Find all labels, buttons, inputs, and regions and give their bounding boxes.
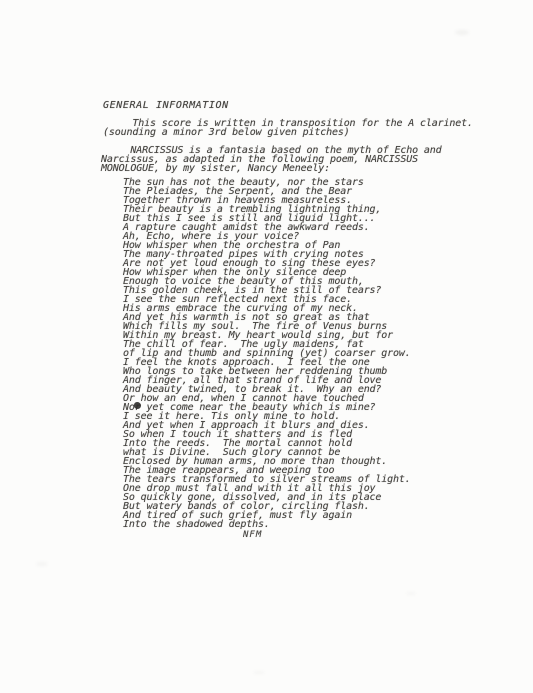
scan-smudge <box>236 231 246 235</box>
scanned-page: GENERAL INFORMATION This score is writte… <box>0 0 533 693</box>
scan-smudge <box>406 592 416 595</box>
attribution-paragraph: NARCISSUS is a fantasia based on the myt… <box>101 146 442 173</box>
poem-text: The sun has not the beauty, nor the star… <box>123 178 411 529</box>
author-initials: NFM <box>243 531 262 540</box>
scan-smudge <box>455 30 469 35</box>
scan-smudge <box>253 671 265 674</box>
scan-smudge <box>36 562 48 566</box>
section-heading: GENERAL INFORMATION <box>103 100 229 111</box>
intro-paragraph: This score is written in transposition f… <box>103 119 473 137</box>
typo-overstrike-mark <box>134 402 141 409</box>
